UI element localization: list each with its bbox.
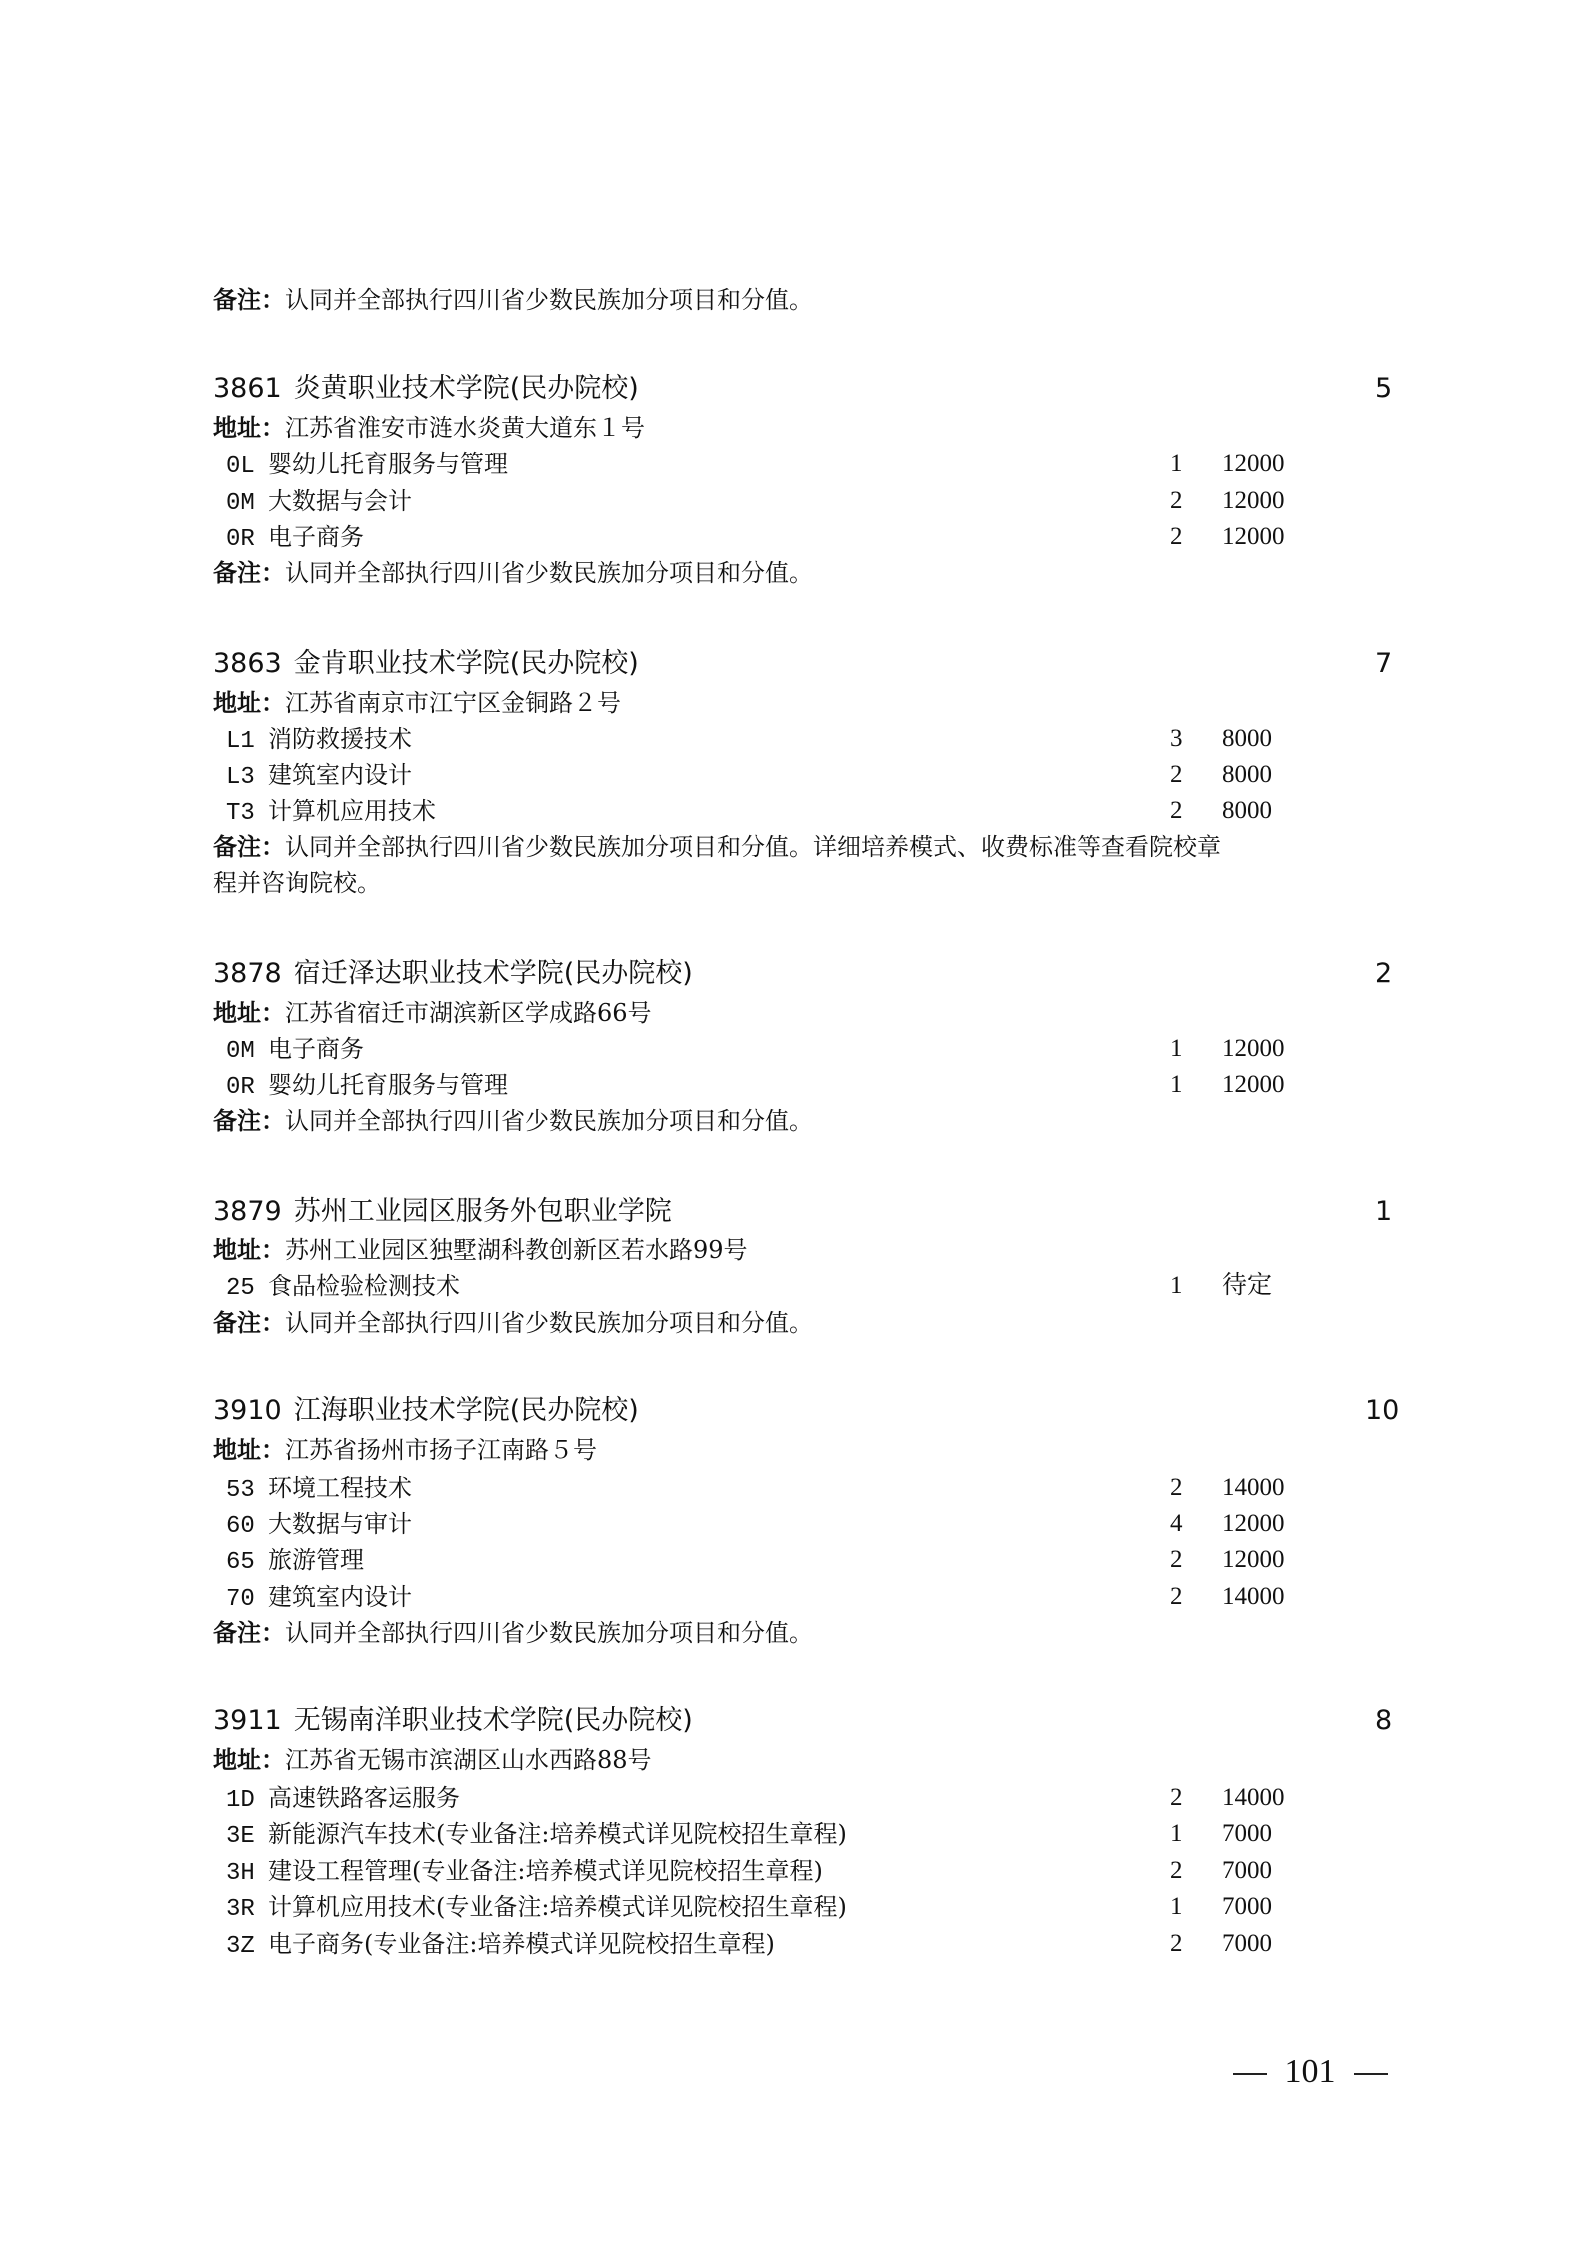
school-address: 地址：江苏省扬州市扬子江南路５号: [213, 1432, 597, 1468]
major-row: 0R婴幼儿托育服务与管理112000: [226, 1067, 508, 1103]
major-name: 大数据与会计: [268, 487, 412, 515]
note-text: 程并咨询院校。: [213, 869, 381, 897]
major-count: 1: [1170, 1889, 1183, 1925]
school-address: 地址：江苏省宿迁市湖滨新区学成路66号: [213, 995, 652, 1031]
major-fee: 12000: [1222, 1506, 1285, 1542]
school-note-continued: 程并咨询院校。: [213, 865, 381, 901]
address-label: 地址：: [213, 413, 285, 442]
major-code: 0R: [226, 522, 268, 558]
school-heading: 3910江海职业技术学院(民办院校) 10: [213, 1393, 639, 1429]
major-code: 3Z: [226, 1929, 268, 1965]
major-count: 1: [1170, 1268, 1183, 1304]
major-count: 1: [1170, 1067, 1183, 1103]
leading-note: 备注：认同并全部执行四川省少数民族加分项目和分值。: [213, 282, 813, 318]
major-count: 4: [1170, 1506, 1183, 1542]
address-text: 江苏省宿迁市湖滨新区学成路66号: [285, 999, 652, 1027]
note-text: 认同并全部执行四川省少数民族加分项目和分值。: [285, 559, 813, 587]
school-address: 地址：江苏省淮安市涟水炎黄大道东１号: [213, 410, 645, 446]
major-row: 0R电子商务212000: [226, 519, 364, 555]
major-code: L3: [226, 760, 268, 796]
school-name: 无锡南洋职业技术学院(民办院校): [294, 1705, 693, 1736]
note-text: 认同并全部执行四川省少数民族加分项目和分值。: [285, 1309, 813, 1337]
major-code: 25: [226, 1271, 268, 1307]
address-text: 江苏省无锡市滨湖区山水西路88号: [285, 1746, 652, 1774]
major-name: 电子商务(专业备注:培养模式详见院校招生章程): [268, 1930, 775, 1958]
note-text: 认同并全部执行四川省少数民族加分项目和分值。: [285, 1107, 813, 1135]
major-code: 60: [226, 1509, 268, 1545]
major-fee: 8000: [1222, 793, 1272, 829]
school-address: 地址：江苏省南京市江宁区金铜路２号: [213, 685, 621, 721]
major-code: 0L: [226, 449, 268, 485]
school-total-quota: 8: [1375, 1703, 1392, 1739]
major-name: 高速铁路客运服务: [268, 1784, 460, 1812]
major-fee: 12000: [1222, 1031, 1285, 1067]
school-name: 炎黄职业技术学院(民办院校): [294, 373, 639, 404]
major-code: 3H: [226, 1856, 268, 1892]
school-total-quota: 7: [1375, 646, 1392, 682]
major-name: 消防救援技术: [268, 725, 412, 753]
major-code: 70: [226, 1582, 268, 1618]
school-heading: 3878宿迁泽达职业技术学院(民办院校) 2: [213, 956, 693, 992]
school-total-quota: 2: [1375, 956, 1392, 992]
major-fee: 8000: [1222, 757, 1272, 793]
school-note: 备注：认同并全部执行四川省少数民族加分项目和分值。详细培养模式、收费标准等查看院…: [213, 829, 1221, 865]
note-text: 认同并全部执行四川省少数民族加分项目和分值。详细培养模式、收费标准等查看院校章: [285, 833, 1221, 861]
major-name: 电子商务: [268, 1035, 364, 1063]
school-heading: 3879苏州工业园区服务外包职业学院 1: [213, 1194, 672, 1230]
major-code: 3R: [226, 1892, 268, 1928]
school-heading: 3911无锡南洋职业技术学院(民办院校) 8: [213, 1703, 693, 1739]
major-row: 25食品检验检测技术1待定: [226, 1268, 460, 1304]
note-text: 认同并全部执行四川省少数民族加分项目和分值。: [285, 286, 813, 314]
major-fee: 12000: [1222, 519, 1285, 555]
note-label: 备注：: [213, 285, 285, 314]
address-text: 江苏省扬州市扬子江南路５号: [285, 1436, 597, 1464]
major-row: 0M电子商务112000: [226, 1031, 364, 1067]
major-row: 3E新能源汽车技术(专业备注:培养模式详见院校招生章程)17000: [226, 1816, 847, 1852]
major-code: L1: [226, 724, 268, 760]
school-code: 3863: [213, 648, 282, 679]
school-code: 3861: [213, 373, 282, 404]
major-fee: 14000: [1222, 1579, 1285, 1615]
address-label: 地址：: [213, 1745, 285, 1774]
school-address: 地址：江苏省无锡市滨湖区山水西路88号: [213, 1742, 652, 1778]
school-heading: 3861炎黄职业技术学院(民办院校) 5: [213, 371, 639, 407]
major-fee: 12000: [1222, 1067, 1285, 1103]
school-note: 备注：认同并全部执行四川省少数民族加分项目和分值。: [213, 555, 813, 591]
major-fee: 14000: [1222, 1470, 1285, 1506]
address-text: 江苏省南京市江宁区金铜路２号: [285, 689, 621, 717]
major-name: 计算机应用技术: [268, 797, 436, 825]
major-name: 建筑室内设计: [268, 1583, 412, 1611]
major-count: 2: [1170, 1470, 1183, 1506]
major-row: 3R计算机应用技术(专业备注:培养模式详见院校招生章程)17000: [226, 1889, 847, 1925]
school-note: 备注：认同并全部执行四川省少数民族加分项目和分值。: [213, 1103, 813, 1139]
address-text: 苏州工业园区独墅湖科教创新区若水路99号: [285, 1236, 748, 1264]
major-name: 建筑室内设计: [268, 761, 412, 789]
major-count: 1: [1170, 1031, 1183, 1067]
note-label: 备注：: [213, 1308, 285, 1337]
note-label: 备注：: [213, 558, 285, 587]
page-number: 101: [1200, 2050, 1420, 2094]
major-name: 电子商务: [268, 523, 364, 551]
major-fee: 7000: [1222, 1816, 1272, 1852]
school-note: 备注：认同并全部执行四川省少数民族加分项目和分值。: [213, 1305, 813, 1341]
major-count: 2: [1170, 1579, 1183, 1615]
note-label: 备注：: [213, 832, 285, 861]
major-code: 0M: [226, 486, 268, 522]
major-fee: 12000: [1222, 483, 1285, 519]
major-count: 1: [1170, 446, 1183, 482]
major-name: 计算机应用技术(专业备注:培养模式详见院校招生章程): [268, 1893, 847, 1921]
major-name: 婴幼儿托育服务与管理: [268, 450, 508, 478]
major-row: 0L婴幼儿托育服务与管理112000: [226, 446, 508, 482]
school-total-quota: 5: [1375, 371, 1392, 407]
major-code: 53: [226, 1473, 268, 1509]
school-name: 江海职业技术学院(民办院校): [294, 1395, 639, 1426]
major-name: 食品检验检测技术: [268, 1272, 460, 1300]
school-code: 3910: [213, 1395, 282, 1426]
address-label: 地址：: [213, 688, 285, 717]
major-fee: 12000: [1222, 446, 1285, 482]
major-row: 0M大数据与会计212000: [226, 483, 412, 519]
major-name: 婴幼儿托育服务与管理: [268, 1071, 508, 1099]
major-code: 0M: [226, 1034, 268, 1070]
major-count: 3: [1170, 721, 1183, 757]
major-row: L3建筑室内设计28000: [226, 757, 412, 793]
address-label: 地址：: [213, 1235, 285, 1264]
school-heading: 3863金肯职业技术学院(民办院校) 7: [213, 646, 639, 682]
major-row: L1消防救援技术38000: [226, 721, 412, 757]
major-count: 2: [1170, 1542, 1183, 1578]
school-total-quota: 1: [1375, 1194, 1392, 1230]
major-row: 1D高速铁路客运服务214000: [226, 1780, 460, 1816]
note-text: 认同并全部执行四川省少数民族加分项目和分值。: [285, 1619, 813, 1647]
major-row: 3H建设工程管理(专业备注:培养模式详见院校招生章程)27000: [226, 1853, 823, 1889]
major-row: 70建筑室内设计214000: [226, 1579, 412, 1615]
major-row: 60大数据与审计412000: [226, 1506, 412, 1542]
major-row: 3Z电子商务(专业备注:培养模式详见院校招生章程)27000: [226, 1926, 775, 1962]
major-name: 旅游管理: [268, 1546, 364, 1574]
major-name: 大数据与审计: [268, 1510, 412, 1538]
major-count: 2: [1170, 1926, 1183, 1962]
major-count: 2: [1170, 483, 1183, 519]
note-label: 备注：: [213, 1106, 285, 1135]
address-label: 地址：: [213, 998, 285, 1027]
major-count: 2: [1170, 1780, 1183, 1816]
address-text: 江苏省淮安市涟水炎黄大道东１号: [285, 414, 645, 442]
major-code: 65: [226, 1545, 268, 1581]
note-label: 备注：: [213, 1618, 285, 1647]
school-note: 备注：认同并全部执行四川省少数民族加分项目和分值。: [213, 1615, 813, 1651]
page-number-value: 101: [1285, 2053, 1336, 2090]
school-code: 3878: [213, 958, 282, 989]
major-fee: 7000: [1222, 1926, 1272, 1962]
address-label: 地址：: [213, 1435, 285, 1464]
major-row: 53环境工程技术214000: [226, 1470, 412, 1506]
major-fee: 待定: [1222, 1268, 1272, 1304]
school-name: 苏州工业园区服务外包职业学院: [294, 1196, 672, 1227]
major-count: 2: [1170, 1853, 1183, 1889]
major-code: 1D: [226, 1783, 268, 1819]
major-name: 建设工程管理(专业备注:培养模式详见院校招生章程): [268, 1857, 823, 1885]
major-fee: 12000: [1222, 1542, 1285, 1578]
school-name: 金肯职业技术学院(民办院校): [294, 648, 639, 679]
major-count: 2: [1170, 757, 1183, 793]
school-code: 3911: [213, 1705, 282, 1736]
dash-left: [1233, 2073, 1267, 2075]
major-code: 0R: [226, 1070, 268, 1106]
school-address: 地址：苏州工业园区独墅湖科教创新区若水路99号: [213, 1232, 748, 1268]
major-fee: 7000: [1222, 1853, 1272, 1889]
major-count: 2: [1170, 793, 1183, 829]
major-name: 新能源汽车技术(专业备注:培养模式详见院校招生章程): [268, 1820, 847, 1848]
major-code: 3E: [226, 1819, 268, 1855]
school-code: 3879: [213, 1196, 282, 1227]
major-fee: 7000: [1222, 1889, 1272, 1925]
major-fee: 14000: [1222, 1780, 1285, 1816]
school-name: 宿迁泽达职业技术学院(民办院校): [294, 958, 693, 989]
school-total-quota: 10: [1365, 1393, 1399, 1429]
major-name: 环境工程技术: [268, 1474, 412, 1502]
major-count: 2: [1170, 519, 1183, 555]
dash-right: [1354, 2073, 1388, 2075]
major-fee: 8000: [1222, 721, 1272, 757]
major-code: T3: [226, 796, 268, 832]
major-count: 1: [1170, 1816, 1183, 1852]
major-row: 65旅游管理212000: [226, 1542, 364, 1578]
major-row: T3计算机应用技术28000: [226, 793, 436, 829]
